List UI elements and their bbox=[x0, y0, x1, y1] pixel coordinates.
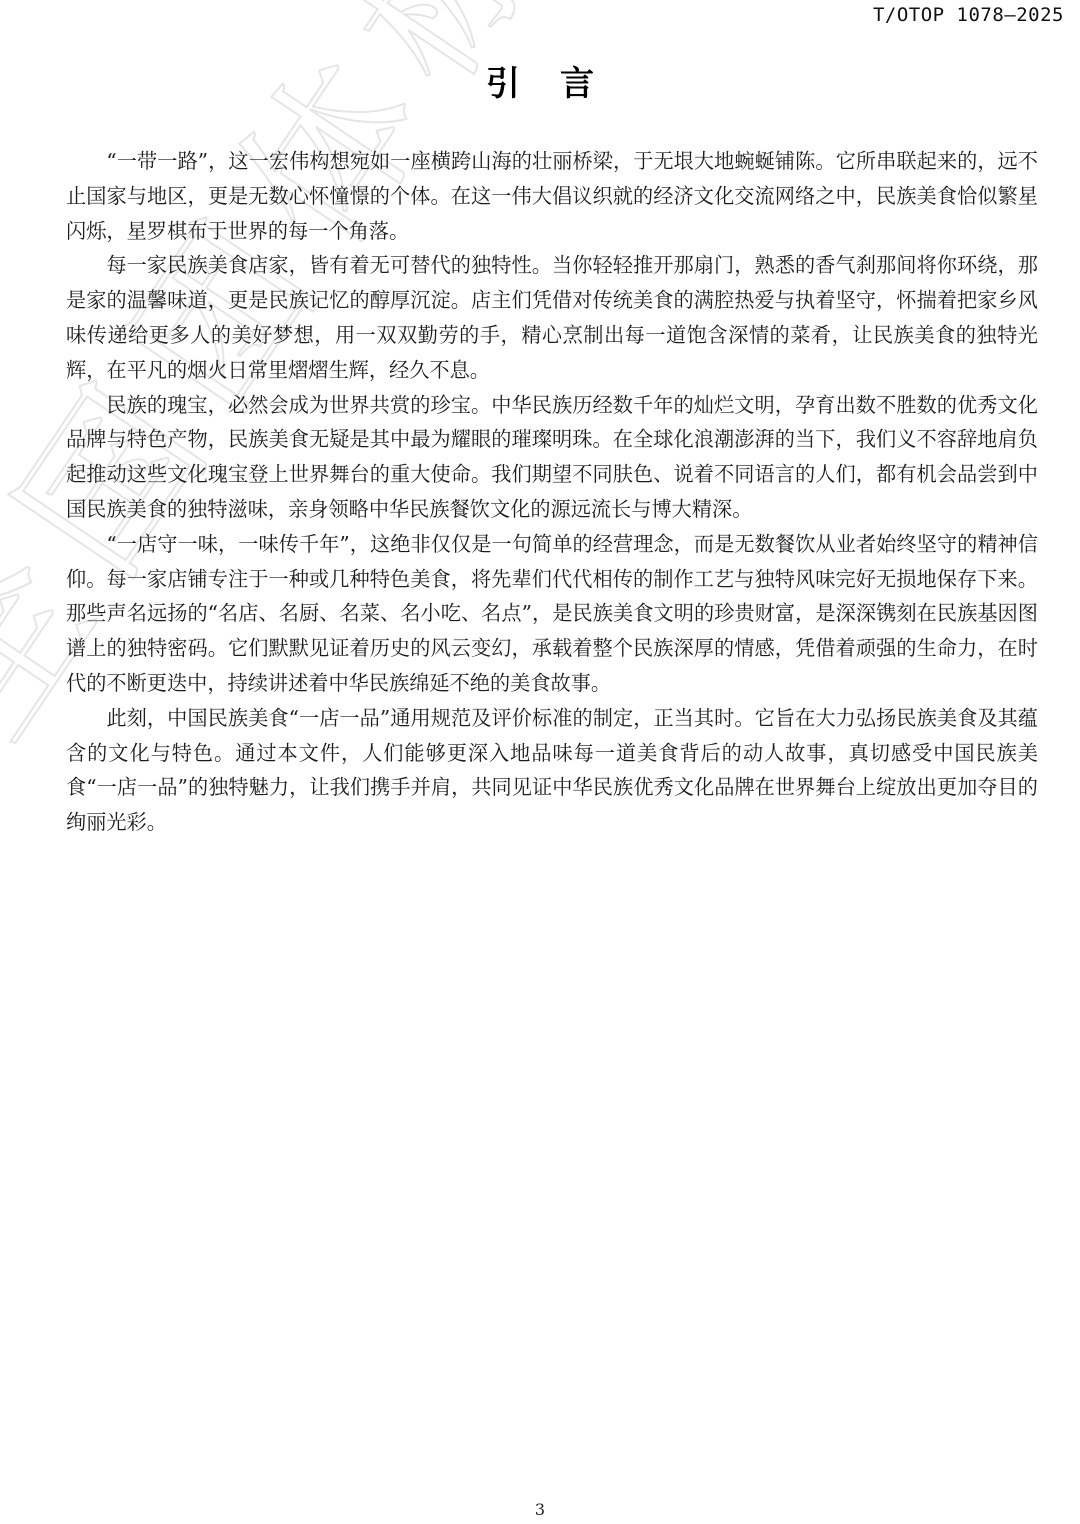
paragraph: “一店守一味，一味传千年”，这绝非仅仅是一句简单的经营理念，而是无数餐饮从业者始… bbox=[66, 527, 1038, 701]
page-number: 3 bbox=[0, 1500, 1080, 1519]
paragraph: 每一家民族美食店家，皆有着无可替代的独特性。当你轻轻推开那扇门，熟悉的香气刹那间… bbox=[66, 248, 1038, 387]
standard-number: T/OTOP 1078—2025 bbox=[873, 4, 1064, 26]
document-body: “一带一路”，这一宏伟构想宛如一座横跨山海的壮丽桥梁，于无垠大地蜿蜒铺陈。它所串… bbox=[66, 144, 1038, 840]
paragraph: 此刻，中国民族美食“一店一品”通用规范及评价标准的制定，正当其时。它旨在大力弘扬… bbox=[66, 701, 1038, 840]
paragraph: “一带一路”，这一宏伟构想宛如一座横跨山海的壮丽桥梁，于无垠大地蜿蜒铺陈。它所串… bbox=[66, 144, 1038, 248]
paragraph: 民族的瑰宝，必然会成为世界共赏的珍宝。中华民族历经数千年的灿烂文明，孕育出数不胜… bbox=[66, 388, 1038, 527]
page-title: 引言 bbox=[0, 56, 1080, 105]
